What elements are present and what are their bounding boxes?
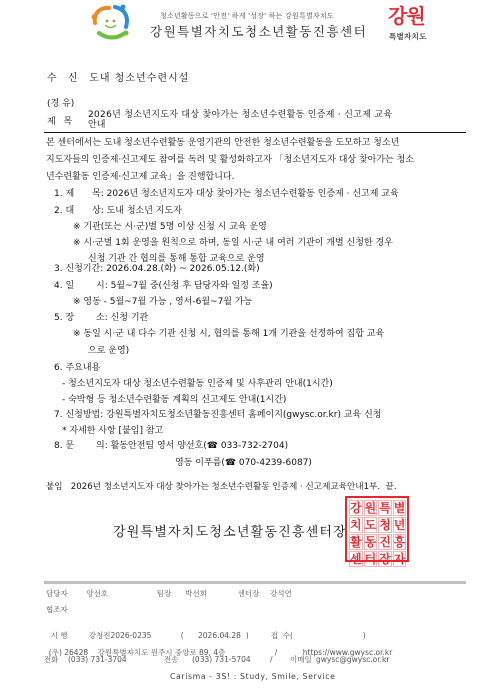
- official-seal: 강 원 특 별 치 도 청 년 활 동 진 흥 센 터 장 자: [345, 496, 409, 562]
- seal-char: 동: [364, 534, 378, 550]
- via-label: (경 유): [47, 96, 74, 109]
- note-schedule: ※ 영동 - 5월~7월 가능 , 영서-6월~7월 가능: [73, 297, 252, 308]
- gangwon-logo: 강원 특별자치도: [386, 6, 436, 46]
- seal-char: 원: [364, 500, 378, 516]
- subject-line2: 안내: [88, 120, 105, 131]
- approver-3-label: 센터장: [238, 589, 268, 598]
- seal-char: 장: [378, 551, 392, 567]
- signature-title: 강원특별자치도청소년활동진흥센터장: [113, 521, 347, 540]
- note-target-1: ※ 기관(또는 시·군)별 5명 이상 신청 시 교육 운영: [73, 222, 267, 233]
- subject-line1: 2026년 청소년지도자 대상 찾아가는 청소년수련활동 인증제 · 신고제 교…: [88, 110, 392, 121]
- item-inquiry: 8. 문의: 활동안전팀 영서 양선호(☎ 033-732-2704): [54, 441, 288, 452]
- note-target-2: ※ 시·군별 1회 운영을 원칙으로 하며, 동일 시·군 내 여러 기관이 개…: [73, 238, 393, 249]
- recipient-row: 수 신 도내 청소년수련시설: [47, 69, 189, 84]
- seal-char: 센: [349, 551, 363, 567]
- item-schedule: 4. 일시: 5월~7월 중(신청 후 담당자와 일정 조율): [54, 281, 273, 292]
- cooperator-label: 협조자: [46, 605, 68, 614]
- recipient-value: 도내 청소년수련시설: [89, 73, 189, 84]
- attachment-line: 붙임 2026년 청소년지도자 대상 찾아가는 청소년수련활동 인증제 · 신고…: [46, 482, 397, 493]
- header-slogan: 청소년활동으로 '안전' 하게 '성장' 하는 강원특별자치도: [160, 11, 334, 21]
- footer-divider: [44, 581, 466, 584]
- note-place-cont: 으로 운영): [88, 346, 129, 357]
- approver-3-name: 강석연: [270, 589, 292, 598]
- intro-line-3: 년수련활동 인증제·신고제 교육」을 진행합니다.: [46, 172, 235, 183]
- motto: Carisma - 3S! : Study, Smile, Service: [170, 672, 336, 681]
- seal-char: 활: [349, 534, 363, 550]
- seal-characters: 강 원 특 별 치 도 청 년 활 동 진 흥 센 터 장 자: [349, 500, 405, 558]
- seal-char: 진: [378, 534, 392, 550]
- seal-char: 흥: [393, 534, 407, 550]
- gangwon-logo-main: 강원: [388, 4, 425, 28]
- method-note: * 자세한 사항 [붙임] 참고: [62, 426, 163, 437]
- approver-1-name: 양선호: [86, 589, 154, 598]
- seal-char: 특: [378, 500, 392, 516]
- phone-label: 전화: [44, 655, 68, 664]
- seal-char: 청: [378, 517, 392, 533]
- approver-2-label: 팀장: [157, 589, 183, 598]
- slash-2: /: [270, 655, 290, 664]
- seal-char: 터: [364, 551, 378, 567]
- item-method: 7. 신청방법: 강원특별자치도청소년활동진흥센터 홈페이지(gwysc.or.…: [54, 410, 381, 421]
- enforcement-row: 시 행강청진2026-0235( 2026.04.28 )접 수(): [46, 622, 366, 640]
- email-label: 이메일: [290, 655, 316, 664]
- seal-char: 도: [364, 517, 378, 533]
- item-period: 3. 신청기간: 2026.04.28.(화) ~ 2026.05.12.(화): [54, 264, 260, 275]
- email-link[interactable]: gwysc@gwysc.or.kr: [316, 655, 389, 664]
- recipient-label: 수 신: [47, 69, 85, 84]
- contact-row: 전화(033) 731-3704전송(033) 731-5704/이메일gwys…: [44, 655, 389, 664]
- subject-divider: [44, 132, 466, 133]
- fax-label: 전송: [164, 655, 192, 664]
- note-place: ※ 동일 시·군 내 다수 기관 신청 시, 협의를 통해 1개 기관을 선정하…: [73, 329, 384, 340]
- subject-label: 제 목: [47, 114, 72, 127]
- contents-line-2: - 숙박형 등 청소년수련활동 계획의 신고제도 안내(1시간): [62, 395, 286, 406]
- seal-char: 자: [393, 551, 407, 567]
- intro-line-1: 본 센터에서는 도내 청소년수련활동 운영기관의 안전한 청소년수련활동을 도모…: [46, 138, 399, 149]
- gangwon-logo-sub: 특별자치도: [389, 31, 427, 42]
- approver-1-label: 담당자: [46, 589, 84, 598]
- header-org-name: 강원특별자치도청소년활동진흥센터: [150, 22, 367, 40]
- intro-line-2: 지도자들의 인증제·신고제도 참여를 독려 및 활성화하고자 「청소년지도자 대…: [46, 155, 414, 166]
- approver-2-name: 박선희: [185, 589, 235, 598]
- item-title: 1. 제목: 2026년 청소년지도자 대상 찾아가는 청소년수련활동 인증제 …: [54, 189, 399, 200]
- item-contents: 6. 주요내용: [54, 363, 100, 374]
- center-logo: [89, 3, 133, 41]
- seal-char: 강: [349, 500, 363, 516]
- phone: (033) 731-3704: [68, 655, 164, 664]
- approval-row: 담당자 양선호 팀장 박선희 센터장 강석연: [46, 589, 292, 598]
- item-target: 2. 대상: 도내 청소년 지도자: [54, 206, 182, 217]
- contents-line-1: - 청소년지도자 대상 청소년수련활동 인증제 및 사후관리 안내(1시간): [62, 379, 333, 390]
- fax: (033) 731-5704: [192, 655, 270, 664]
- seal-char: 별: [393, 500, 407, 516]
- inquiry-contact-2: 영동 이푸름(☎ 070-4239-6087): [175, 458, 312, 469]
- item-place: 5. 장소: 신청 기관: [54, 313, 148, 324]
- seal-char: 치: [349, 517, 363, 533]
- smiley-people-logo-icon: [89, 3, 133, 41]
- seal-char: 년: [393, 517, 407, 533]
